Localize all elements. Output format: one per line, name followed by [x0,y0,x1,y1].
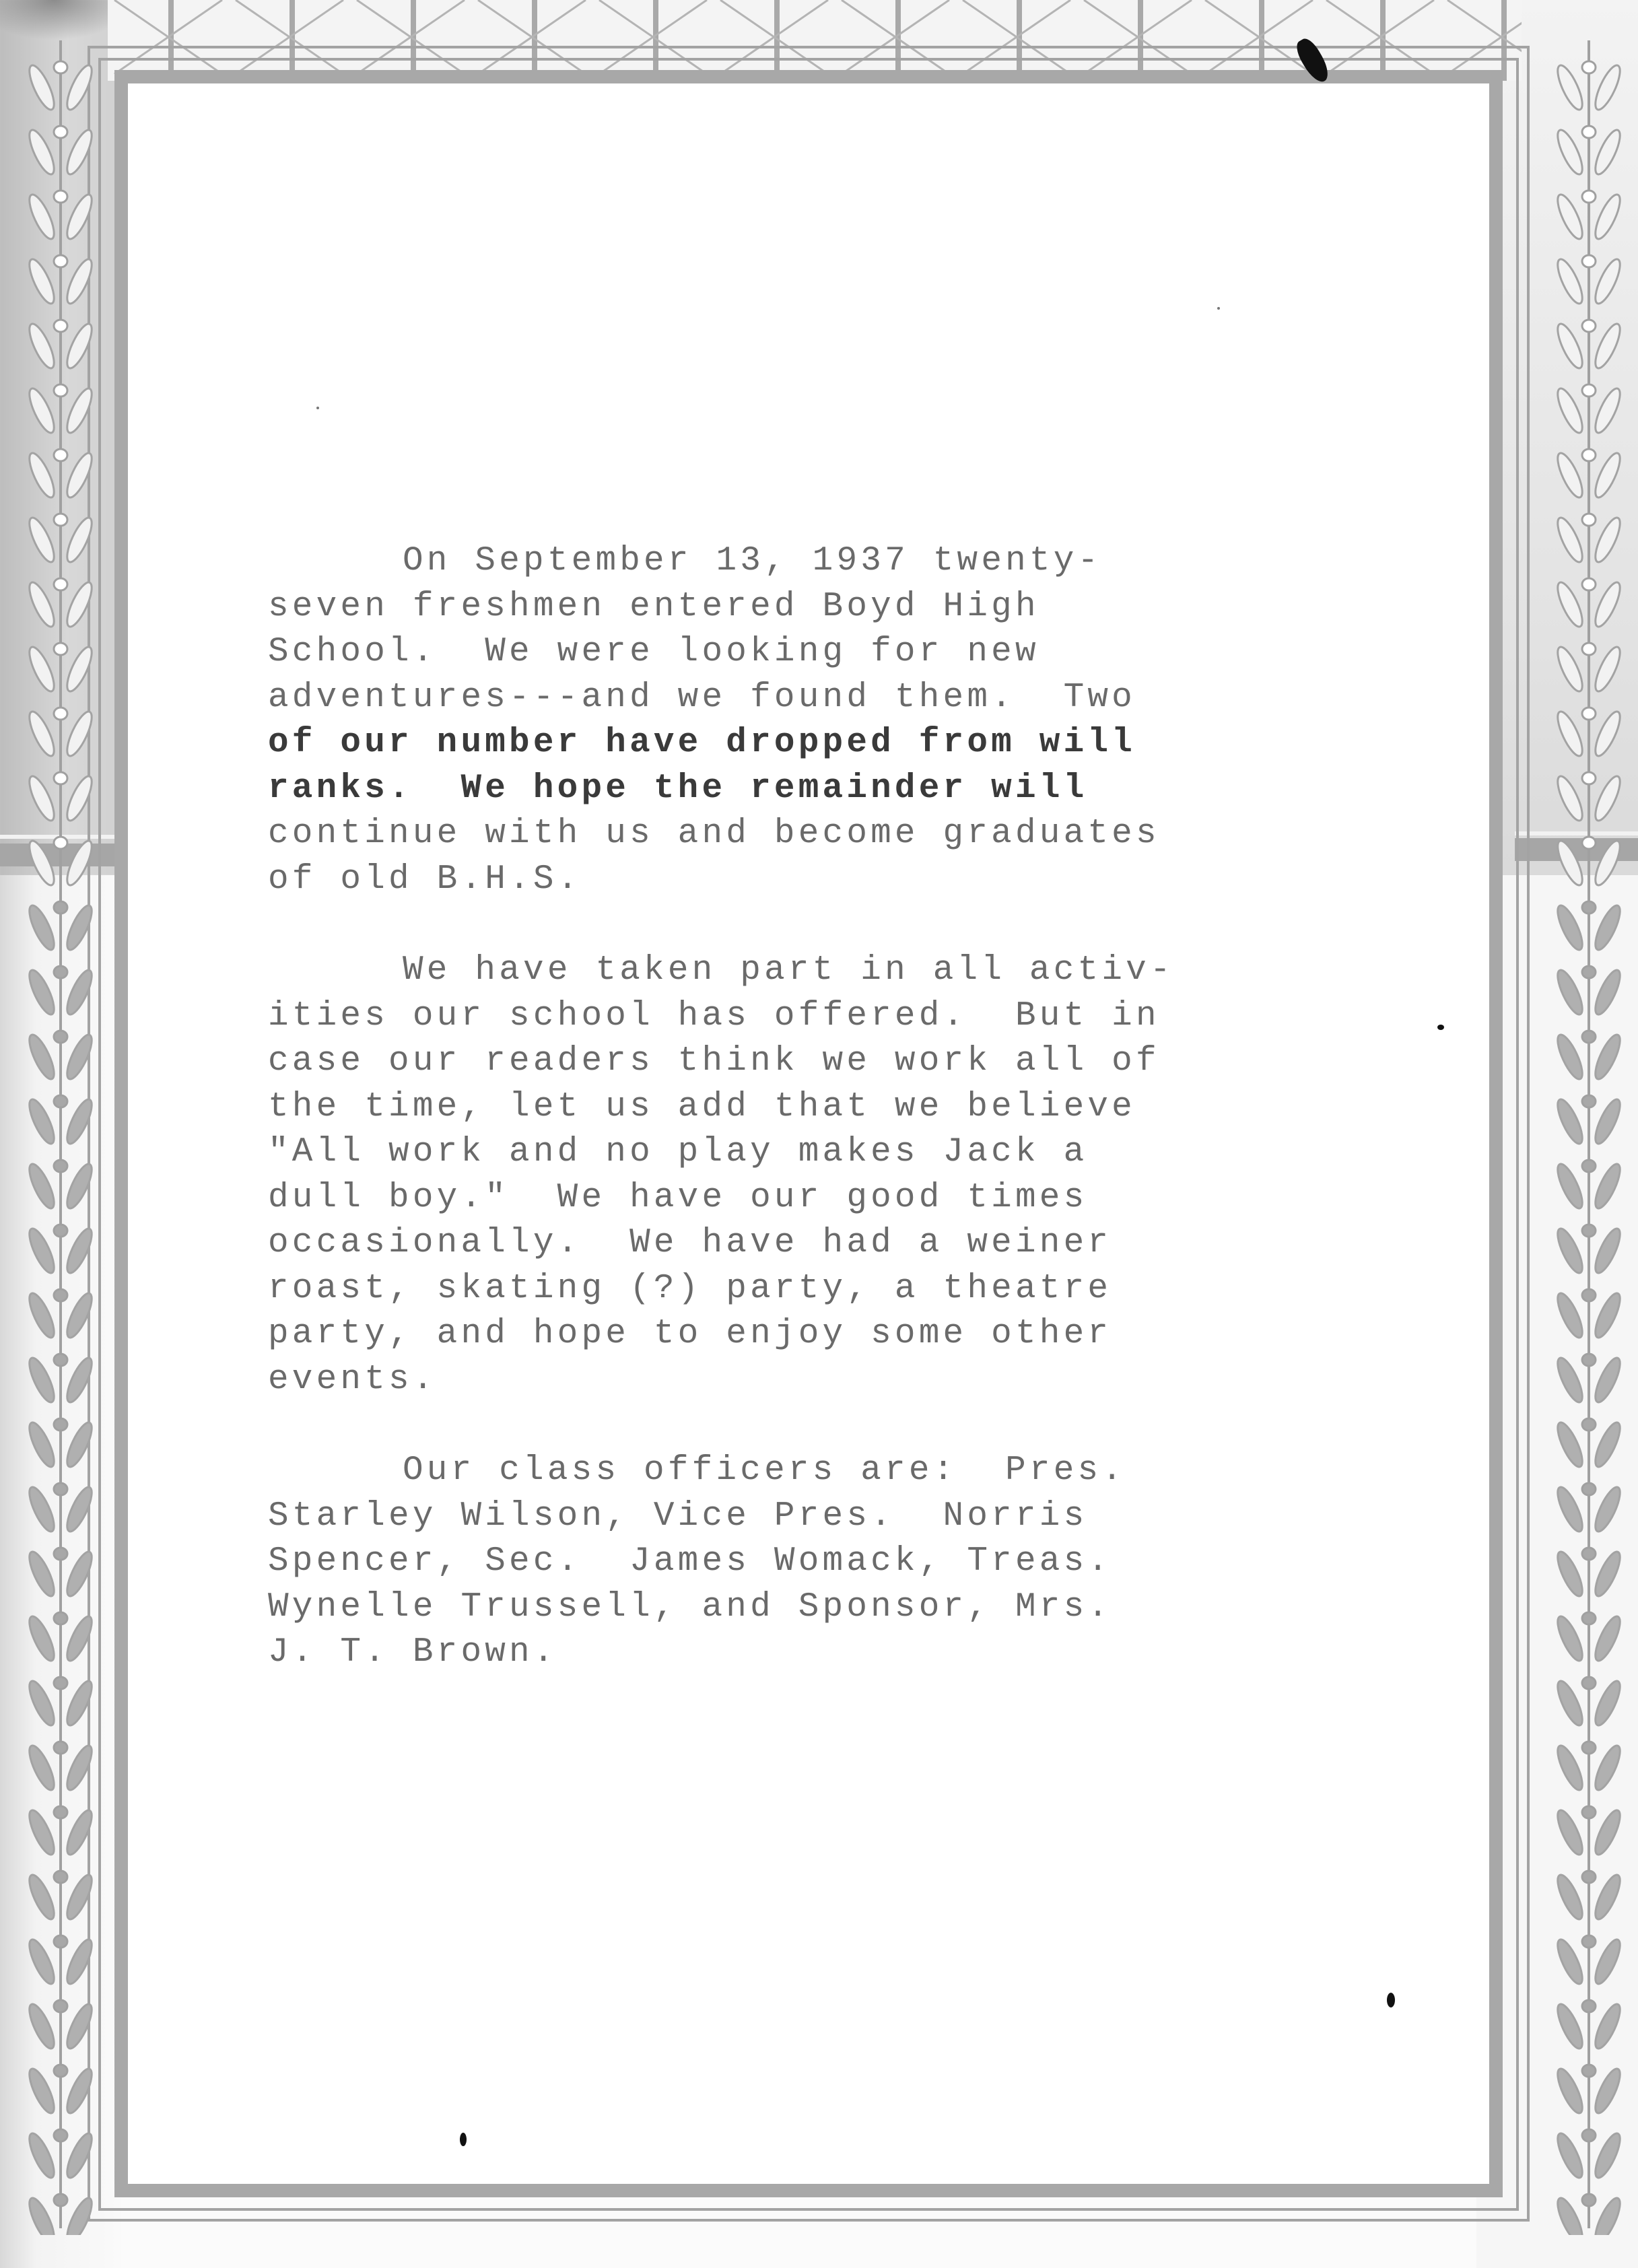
text-line: case our readers think we work all of [268,1039,1291,1085]
text-line: Starley Wilson, Vice Pres. Norris [268,1494,1291,1540]
text-line: We have taken part in all activ- [268,948,1291,994]
typed-text-block: On September 13, 1937 twenty-seven fresh… [268,539,1291,1721]
text-line: Our class officers are: Pres. [268,1448,1291,1494]
text-line: roast, skating (?) party, a theatre [268,1266,1291,1312]
right-laurel-vine-icon [1532,40,1638,2235]
paragraph: Our class officers are: Pres.Starley Wil… [268,1448,1291,1676]
text-line: the time, let us add that we believe [268,1085,1291,1130]
ink-speck [1217,307,1220,310]
text-line: adventures---and we found them. Two [268,675,1291,721]
text-line: ities our school has offered. But in [268,994,1291,1039]
text-line: J. T. Brown. [268,1630,1291,1676]
text-line: of our number have dropped from will [268,720,1291,766]
text-line: occasionally. We have had a weiner [268,1221,1291,1266]
text-line: Wynelle Trussell, and Sponsor, Mrs. [268,1585,1291,1630]
text-line: party, and hope to enjoy some other [268,1311,1291,1357]
ink-speck [316,407,319,409]
text-line: events. [268,1357,1291,1403]
left-laurel-vine-icon [13,40,121,2235]
text-line: ranks. We hope the remainder will [268,766,1291,812]
ink-dot [1387,1993,1395,2007]
paragraph: On September 13, 1937 twenty-seven fresh… [268,539,1291,902]
ink-dot [460,2133,467,2146]
text-line: School. We were looking for new [268,629,1291,675]
text-line: On September 13, 1937 twenty- [268,539,1291,584]
text-line: Spencer, Sec. James Womack, Treas. [268,1539,1291,1585]
text-line: continue with us and become graduates [268,811,1291,857]
text-line: seven freshmen entered Boyd High [268,584,1291,630]
text-line: "All work and no play makes Jack a [268,1130,1291,1175]
paragraph: We have taken part in all activ-ities ou… [268,948,1291,1402]
text-line: of old B.H.S. [268,857,1291,903]
text-line: dull boy." We have our good times [268,1175,1291,1221]
ink-dot [1437,1025,1444,1030]
